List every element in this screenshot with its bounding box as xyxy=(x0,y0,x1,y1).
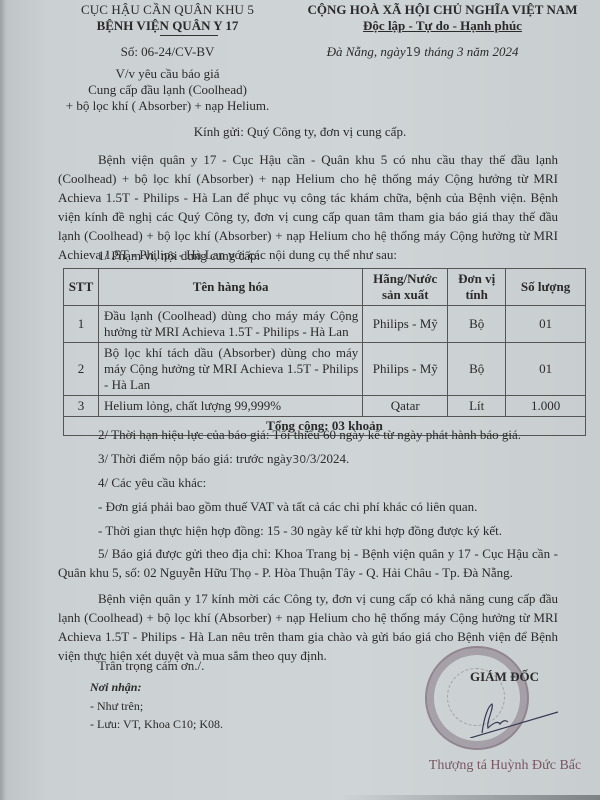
cell-name: Helium lỏng, chất lượng 99,999% xyxy=(98,396,362,417)
date-line: Đà Nẵng, ngày19 tháng 3 năm 2024 xyxy=(300,44,545,60)
cell-maker: Philips - Mỹ xyxy=(363,343,448,396)
recipient-item: - Lưu: VT, Khoa C10; K08. xyxy=(90,717,223,732)
cell-unit: Bộ xyxy=(448,306,506,343)
section-3-prefix: 3/ Thời điểm nộp báo giá: trước ngày xyxy=(98,451,292,466)
requirement-item: - Thời gian thực hiện hợp đồng: 15 - 30 … xyxy=(98,521,502,540)
date-suffix: tháng 3 năm 2024 xyxy=(424,44,518,59)
handwritten-day: 19 xyxy=(406,45,421,59)
table-row: 1 Đầu lạnh (Coolhead) dùng cho máy máy C… xyxy=(64,306,586,343)
col-header-maker: Hãng/Nước sản xuất xyxy=(363,269,448,306)
motto: Độc lập - Tự do - Hạnh phúc xyxy=(300,18,585,34)
section-1-heading: 1/ Phạm vi, nội dung cung cấp: xyxy=(98,246,260,265)
subject-line: V/v yêu cầu báo giá xyxy=(40,66,295,82)
section-3-suffix: /3/2024. xyxy=(306,451,349,466)
table-row: 2 Bộ lọc khí tách dầu (Absorber) dùng ch… xyxy=(64,343,586,396)
cell-name: Đầu lạnh (Coolhead) dùng cho máy máy Cộn… xyxy=(98,306,362,343)
items-table: STT Tên hàng hóa Hãng/Nước sản xuất Đơn … xyxy=(63,268,586,436)
cell-qty: 01 xyxy=(506,306,586,343)
date-prefix: Đà Nẵng, ngày xyxy=(327,44,406,59)
cell-stt: 1 xyxy=(64,306,99,343)
table-header-row: STT Tên hàng hóa Hãng/Nước sản xuất Đơn … xyxy=(64,269,586,306)
table-row: 3 Helium lỏng, chất lượng 99,999% Qatar … xyxy=(64,396,586,417)
national-header: CỘNG HOÀ XÃ HỘI CHỦ NGHĨA VIỆT NAM Độc l… xyxy=(300,2,585,34)
signer-title: GIÁM ĐỐC xyxy=(470,669,539,685)
col-header-name: Tên hàng hóa xyxy=(98,269,362,306)
unit-name: BỆNH VIỆN QUÂN Y 17 xyxy=(40,18,295,34)
requirement-item: - Đơn giá phải bao gồm thuế VAT và tất c… xyxy=(98,497,477,516)
col-header-unit: Đơn vị tính xyxy=(448,269,506,306)
cell-qty: 1.000 xyxy=(506,396,586,417)
greeting: Kính gửi: Quý Công ty, đơn vị cung cấp. xyxy=(0,124,600,140)
section-3: 3/ Thời điểm nộp báo giá: trước ngày30/3… xyxy=(98,449,349,469)
signer-name: Thượng tá Huỳnh Đức Bấc xyxy=(415,758,595,774)
nation-title: CỘNG HOÀ XÃ HỘI CHỦ NGHĨA VIỆT NAM xyxy=(300,2,585,18)
section-5: 5/ Báo giá được gửi theo địa chỉ: Khoa T… xyxy=(58,544,558,582)
subject-line: Cung cấp đầu lạnh (Coolhead) xyxy=(40,82,295,98)
section-4-heading: 4/ Các yêu cầu khác: xyxy=(98,473,206,492)
recipient-item: - Như trên; xyxy=(90,699,143,714)
subject-line: + bộ lọc khí ( Absorber) + nạp Helium. xyxy=(40,98,295,114)
col-header-qty: Số lượng xyxy=(506,269,586,306)
document-number: Số: 06-24/CV-BV xyxy=(40,44,295,60)
recipients-title: Nơi nhận: xyxy=(90,680,141,695)
unit-underline xyxy=(160,35,218,36)
paper-shadow xyxy=(340,795,600,800)
cell-qty: 01 xyxy=(506,343,586,396)
issuer-header: CỤC HẬU CẦN QUÂN KHU 5 BỆNH VIỆN QUÂN Y … xyxy=(40,2,295,36)
document-page: CỤC HẬU CẦN QUÂN KHU 5 BỆNH VIỆN QUÂN Y … xyxy=(0,0,600,800)
agency-name: CỤC HẬU CẦN QUÂN KHU 5 xyxy=(40,2,295,18)
thanks: Trân trọng cám ơn./. xyxy=(98,656,204,675)
cell-stt: 2 xyxy=(64,343,99,396)
cell-unit: Bộ xyxy=(448,343,506,396)
paper-edge xyxy=(0,0,6,800)
document-subject: V/v yêu cầu báo giá Cung cấp đầu lạnh (C… xyxy=(40,66,295,114)
signature-icon xyxy=(470,698,560,738)
cell-stt: 3 xyxy=(64,396,99,417)
handwritten-deadline-day: 30 xyxy=(292,453,306,466)
cell-unit: Lít xyxy=(448,396,506,417)
cell-maker: Qatar xyxy=(363,396,448,417)
col-header-stt: STT xyxy=(64,269,99,306)
cell-maker: Philips - Mỹ xyxy=(363,306,448,343)
section-2: 2/ Thời hạn hiệu lực của báo giá: Tối th… xyxy=(98,425,521,444)
cell-name: Bộ lọc khí tách dầu (Absorber) dùng cho … xyxy=(98,343,362,396)
